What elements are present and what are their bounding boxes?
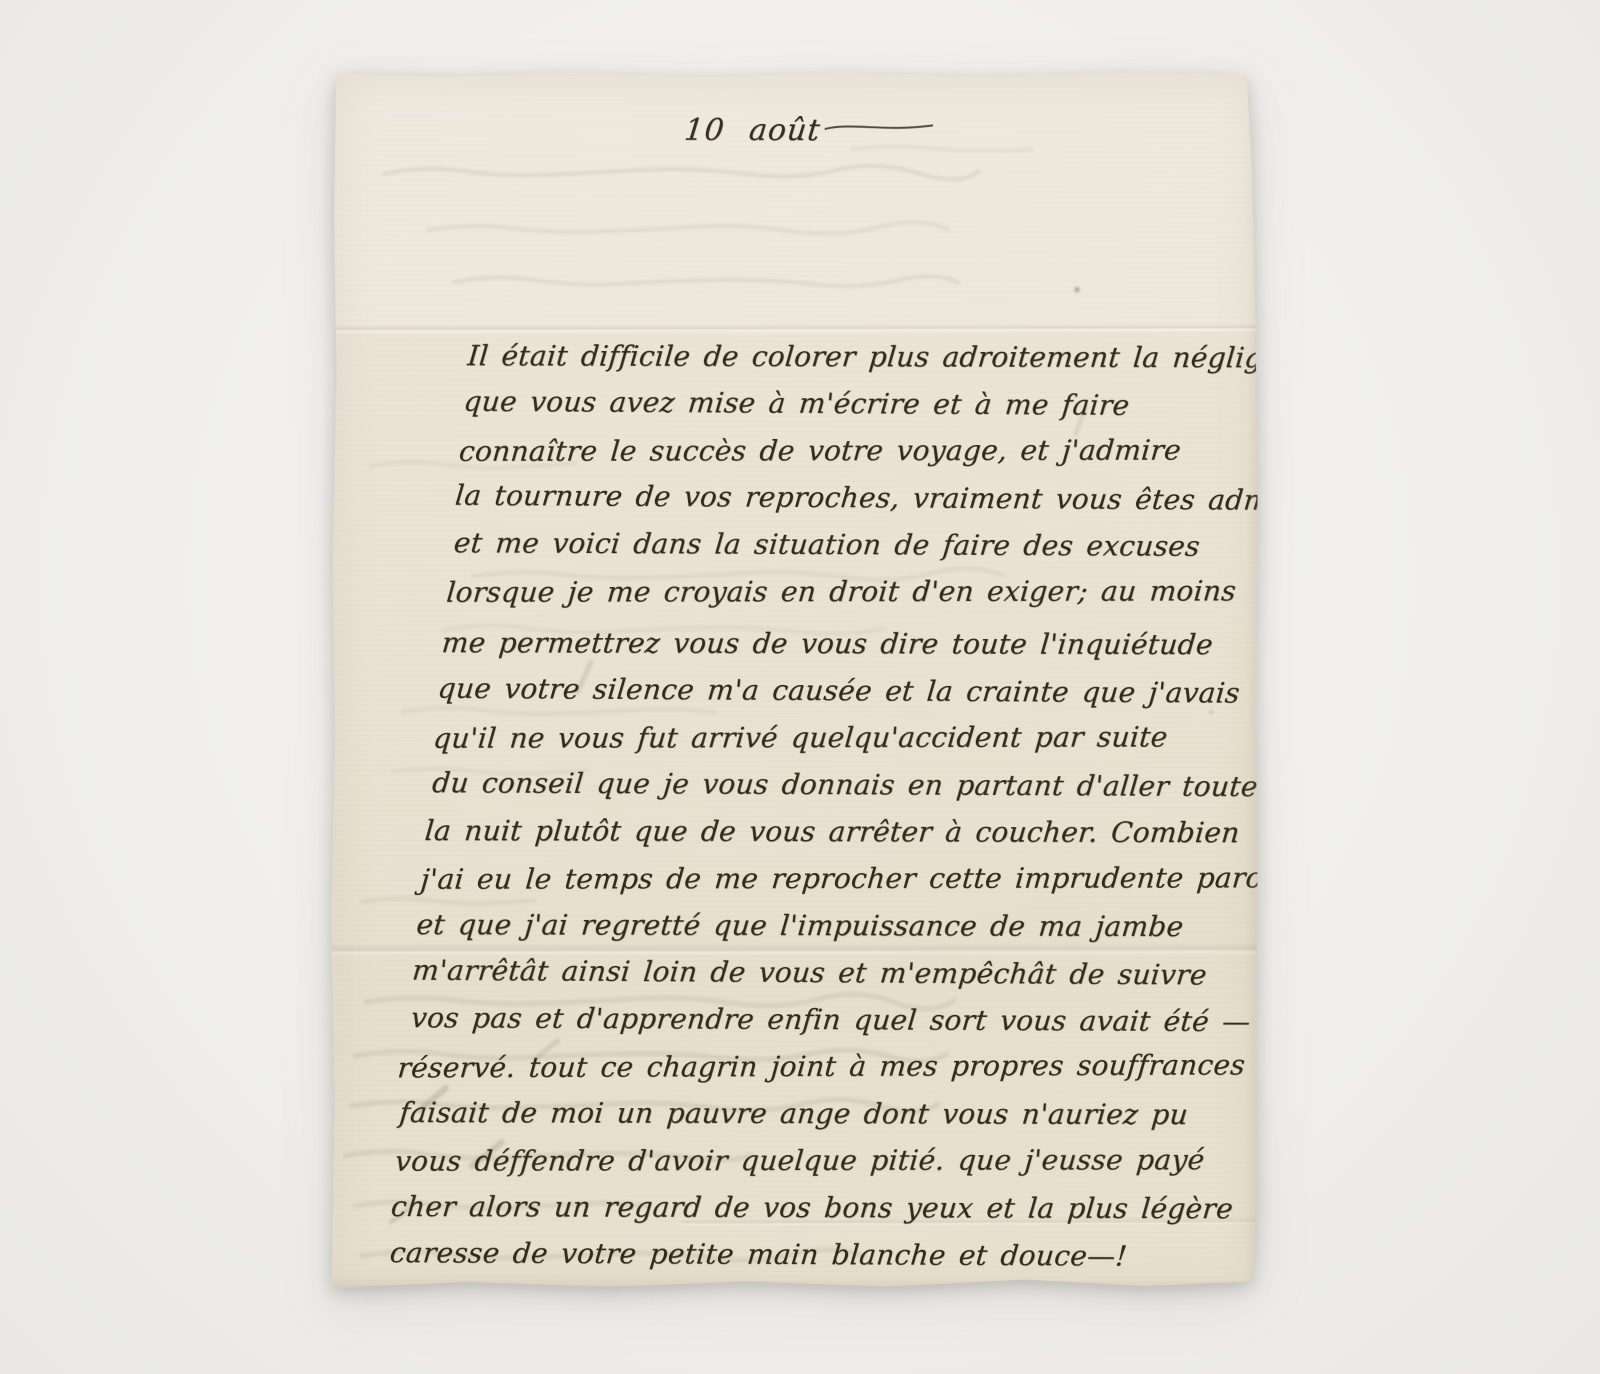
date-heading: 10 août xyxy=(683,113,939,149)
paper-shadow-wrap: 10 août Il était difficile de colorer pl… xyxy=(329,70,1259,1291)
letter-line: m'arrêtât ainsi loin de vous et m'empêch… xyxy=(410,947,1196,999)
letter-line: réservé. tout ce chagrin joint à mes pro… xyxy=(396,1042,1182,1092)
letter-line: et que j'ai regretté que l'impuissance d… xyxy=(414,901,1200,950)
letter-line: j'ai eu le temps de me reprocher cette i… xyxy=(419,854,1205,902)
letter-paper: 10 août Il était difficile de colorer pl… xyxy=(329,70,1259,1291)
letter-line: vos pas et d'apprendre enfin quel sort v… xyxy=(409,994,1195,1045)
letter-line: lorsque je me croyais en droit d'en exig… xyxy=(444,567,1230,615)
letter-photograph: 10 août Il était difficile de colorer pl… xyxy=(0,0,1600,1374)
letter-line: Il était difficile de colorer plus adroi… xyxy=(466,332,1252,381)
letter-line: caresse de votre petite main blanche et … xyxy=(388,1229,1174,1280)
letter-body: Il était difficile de colorer plus adroi… xyxy=(385,332,1252,1279)
letter-line: du conseil que je vous donnais en partan… xyxy=(430,759,1216,810)
letter-line: cher alors un regard de vos bons yeux et… xyxy=(389,1183,1175,1232)
letter-line: qu'il ne vous fut arrivé quelqu'accident… xyxy=(431,713,1217,761)
flourish-underline-icon xyxy=(824,120,938,134)
letter-line: vous déffendre d'avoir quelque pitié. qu… xyxy=(393,1136,1179,1184)
letter-line: me permettrez vous de vous dire toute l'… xyxy=(440,619,1226,668)
letter-line: que votre silence m'a causée et la crain… xyxy=(436,665,1222,717)
letter-line: que vous avez mise à m'écrire et à me fa… xyxy=(461,378,1247,430)
letter-line: faisait de moi un pauvre ange dont vous … xyxy=(397,1089,1183,1138)
date-text: 10 août xyxy=(683,113,823,148)
letter-line: connaître le succès de votre voyage, et … xyxy=(457,426,1243,474)
letter-line: et me voici dans la situation de faire d… xyxy=(452,519,1238,570)
letter-line: la tournure de vos reproches, vraiment v… xyxy=(453,472,1239,524)
letter-line: la nuit plutôt que de vous arrêter à cou… xyxy=(423,807,1209,856)
